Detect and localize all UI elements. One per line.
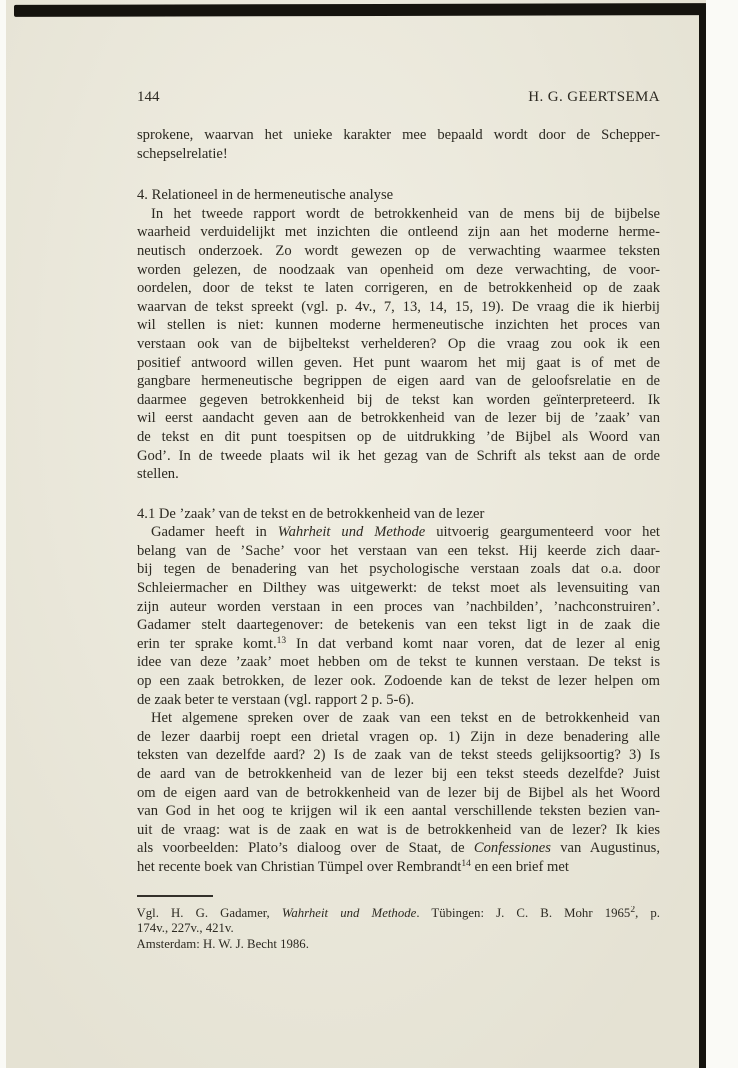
text-line: wil eerst aandacht geven aan de betrokke… xyxy=(137,409,660,428)
text-line: oordelen, door de tekst te laten corrige… xyxy=(137,279,660,298)
text-segment: 4. Relationeel in de hermeneutische anal… xyxy=(137,187,393,203)
footnote-line: 174v., 227v., 421v. xyxy=(137,921,660,937)
text-line: worden gelezen, de noodzaak van openheid… xyxy=(137,261,660,280)
text-segment: verstaan ook van de bijbeltekst verhelde… xyxy=(137,336,660,352)
footnote-item: 13Vgl. H. G. Gadamer, Wahrheit und Metho… xyxy=(137,906,660,937)
text-line: het recente boek van Christian Tümpel ov… xyxy=(137,858,660,877)
text-line: belang van de ’Sache’ voor het verstaan … xyxy=(137,542,660,561)
text-line: Gadamer heeft in Wahrheit und Methode ui… xyxy=(137,523,660,542)
paragraph: In het tweede rapport wordt de betrokken… xyxy=(137,205,660,484)
paragraph: sprokene, waarvan het unieke karakter me… xyxy=(137,126,660,163)
text-line: op een zaak betrokken, de lezer ook. Zod… xyxy=(137,672,660,691)
text-line: verstaan ook van de bijbeltekst verhelde… xyxy=(137,335,660,354)
text-segment: als voorbeelden: Plato’s dialoog over de… xyxy=(137,840,474,856)
text-segment: 4.1 De ’zaak’ van de tekst en de betrokk… xyxy=(137,506,484,522)
text-segment: waarheid verduidelijkt met inzichten die… xyxy=(137,224,660,240)
text-segment: de aard van de betrokkenheid van de leze… xyxy=(137,766,660,782)
running-title: H. G. GEERTSEMA xyxy=(528,89,660,106)
text-segment: de zaak beter te verstaan (vgl. rapport … xyxy=(137,692,414,708)
text-segment: neutisch onderzoek. Zo wordt gewezen op … xyxy=(137,243,660,259)
text-segment: Vgl. H. G. Gadamer, xyxy=(137,906,282,920)
text-segment: Gadamer stelt daartegenover: de betekeni… xyxy=(137,617,660,633)
text-segment: In dat verband komt naar voren, dat de l… xyxy=(286,636,660,652)
text-line: de zaak beter te verstaan (vgl. rapport … xyxy=(137,691,660,710)
paragraph: Het algemene spreken over de zaak van ee… xyxy=(137,709,660,876)
text-segment: gangbare hermeneutische begrippen de eig… xyxy=(137,373,660,389)
text-segment: het recente boek van Christian Tümpel ov… xyxy=(137,859,461,875)
text-segment: de lezer daarbij roept een drietal vrage… xyxy=(137,729,660,745)
text-line: Gadamer stelt daartegenover: de betekeni… xyxy=(137,616,660,635)
superscript-ref: 13 xyxy=(277,636,287,646)
text-segment: worden gelezen, de noodzaak van openheid… xyxy=(137,262,660,278)
superscript-ref: 14 xyxy=(461,859,471,869)
text-segment: oordelen, door de tekst te laten corrige… xyxy=(137,280,660,296)
text-line: uit de vraag: wat is de zaak en wat is d… xyxy=(137,821,660,840)
text-segment: . Tübingen: J. C. B. Mohr 1965 xyxy=(416,906,630,920)
page-header: 144 H. G. GEERTSEMA xyxy=(137,89,660,106)
text-segment: teksten van dezelfde aard? 2) Is de zaak… xyxy=(137,747,660,763)
text-segment: idee van deze ’zaak’ moet hebben om de t… xyxy=(137,654,660,670)
text-segment: 174v., 227v., 421v. xyxy=(137,921,234,935)
page-number: 144 xyxy=(137,89,160,106)
text-line: idee van deze ’zaak’ moet hebben om de t… xyxy=(137,653,660,672)
text-line: God’. In de tweede plaats wil ik het gez… xyxy=(137,447,660,466)
text-line: van God in het oog te krijgen wil ik een… xyxy=(137,802,660,821)
scanned-page: 144 H. G. GEERTSEMA sprokene, waarvan he… xyxy=(6,0,706,1068)
text-segment: Schleiermacher en Dilthey was uitgewerkt… xyxy=(137,580,660,596)
scan-right-edge xyxy=(699,6,706,1068)
text-line: neutisch onderzoek. Zo wordt gewezen op … xyxy=(137,242,660,261)
text-segment: belang van de ’Sache’ voor het verstaan … xyxy=(137,543,660,559)
text-line: waarvan de tekst spreekt (vgl. p. 4v., 7… xyxy=(137,298,660,317)
text-line: om de eigen aard van de betrokkenheid va… xyxy=(137,784,660,803)
footnote-line: 14Amsterdam: H. W. J. Becht 1986. xyxy=(137,937,660,953)
text-segment: daarmee gegeven betrokkenheid bij de tek… xyxy=(137,392,660,408)
text-line: waarheid verduidelijkt met inzichten die… xyxy=(137,223,660,242)
text-segment: Amsterdam: H. W. J. Becht 1986. xyxy=(137,937,309,951)
section-heading: 4.1 De ’zaak’ van de tekst en de betrokk… xyxy=(137,505,660,524)
text-segment: Gadamer heeft in xyxy=(151,524,278,540)
text-line: bij tegen de benadering van het psycholo… xyxy=(137,560,660,579)
heading-line: 4. Relationeel in de hermeneutische anal… xyxy=(137,186,660,205)
superscript-ref: 2 xyxy=(630,906,635,916)
text-segment: en een brief met xyxy=(471,859,569,875)
text-line: teksten van dezelfde aard? 2) Is de zaak… xyxy=(137,746,660,765)
text-segment: schepselrelatie! xyxy=(137,146,228,162)
text-segment: wil eerst aandacht geven aan de betrokke… xyxy=(137,410,660,426)
text-line: erin ter sprake komt.13 In dat verband k… xyxy=(137,635,660,654)
text-line: In het tweede rapport wordt de betrokken… xyxy=(137,205,660,224)
text-segment: , p. xyxy=(635,906,660,920)
text-line: de tekst en dit punt toespitsen op de ui… xyxy=(137,428,660,447)
text-segment: van God in het oog te krijgen wil ik een… xyxy=(137,803,660,819)
paragraph: Gadamer heeft in Wahrheit und Methode ui… xyxy=(137,523,660,709)
text-segment: sprokene, waarvan het unieke karakter me… xyxy=(137,127,660,143)
text-segment: Confessiones xyxy=(474,840,551,856)
text-segment: om de eigen aard van de betrokkenheid va… xyxy=(137,785,660,801)
text-segment: In het tweede rapport wordt de betrokken… xyxy=(151,206,660,222)
text-line: de lezer daarbij roept een drietal vrage… xyxy=(137,728,660,747)
text-segment: positief antwoord willen geven. Het punt… xyxy=(137,355,660,371)
text-segment: zijn auteur worden verstaan in een proce… xyxy=(137,599,660,615)
text-segment: God’. In de tweede plaats wil ik het gez… xyxy=(137,448,660,464)
text-line: positief antwoord willen geven. Het punt… xyxy=(137,354,660,373)
text-segment: van Augustinus, xyxy=(551,840,660,856)
heading-line: 4.1 De ’zaak’ van de tekst en de betrokk… xyxy=(137,505,660,524)
body-text: sprokene, waarvan het unieke karakter me… xyxy=(137,126,660,877)
text-segment: de tekst en dit punt toespitsen op de ui… xyxy=(137,429,660,445)
text-line: als voorbeelden: Plato’s dialoog over de… xyxy=(137,839,660,858)
text-line: stellen. xyxy=(137,465,660,484)
text-segment: stellen. xyxy=(137,466,179,482)
text-segment: uitvoerig geargumenteerd voor het xyxy=(425,524,660,540)
text-line: schepselrelatie! xyxy=(137,145,660,164)
text-segment: Wahrheit und Methode xyxy=(282,906,416,920)
footnote-rule xyxy=(137,895,213,897)
text-segment: waarvan de tekst spreekt (vgl. p. 4v., 7… xyxy=(137,299,660,315)
text-segment: op een zaak betrokken, de lezer ook. Zod… xyxy=(137,673,660,689)
text-line: de aard van de betrokkenheid van de leze… xyxy=(137,765,660,784)
text-column: sprokene, waarvan het unieke karakter me… xyxy=(137,126,660,952)
text-line: daarmee gegeven betrokkenheid bij de tek… xyxy=(137,391,660,410)
footnote-line: 13Vgl. H. G. Gadamer, Wahrheit und Metho… xyxy=(137,906,660,922)
text-segment: bij tegen de benadering van het psycholo… xyxy=(137,561,660,577)
text-line: zijn auteur worden verstaan in een proce… xyxy=(137,598,660,617)
footnote-item: 14Amsterdam: H. W. J. Becht 1986. xyxy=(137,937,660,953)
text-segment: wil stellen is niet: kunnen moderne herm… xyxy=(137,317,660,333)
text-segment: erin ter sprake komt. xyxy=(137,636,277,652)
text-line: gangbare hermeneutische begrippen de eig… xyxy=(137,372,660,391)
scan-top-edge xyxy=(14,3,706,17)
text-segment: Het algemene spreken over de zaak van ee… xyxy=(151,710,660,726)
text-segment: uit de vraag: wat is de zaak en wat is d… xyxy=(137,822,660,838)
text-line: Het algemene spreken over de zaak van ee… xyxy=(137,709,660,728)
section-heading: 4. Relationeel in de hermeneutische anal… xyxy=(137,186,660,205)
footnotes: 13Vgl. H. G. Gadamer, Wahrheit und Metho… xyxy=(137,906,660,953)
text-line: Schleiermacher en Dilthey was uitgewerkt… xyxy=(137,579,660,598)
text-segment: Wahrheit und Methode xyxy=(278,524,426,540)
text-line: sprokene, waarvan het unieke karakter me… xyxy=(137,126,660,145)
text-line: wil stellen is niet: kunnen moderne herm… xyxy=(137,316,660,335)
